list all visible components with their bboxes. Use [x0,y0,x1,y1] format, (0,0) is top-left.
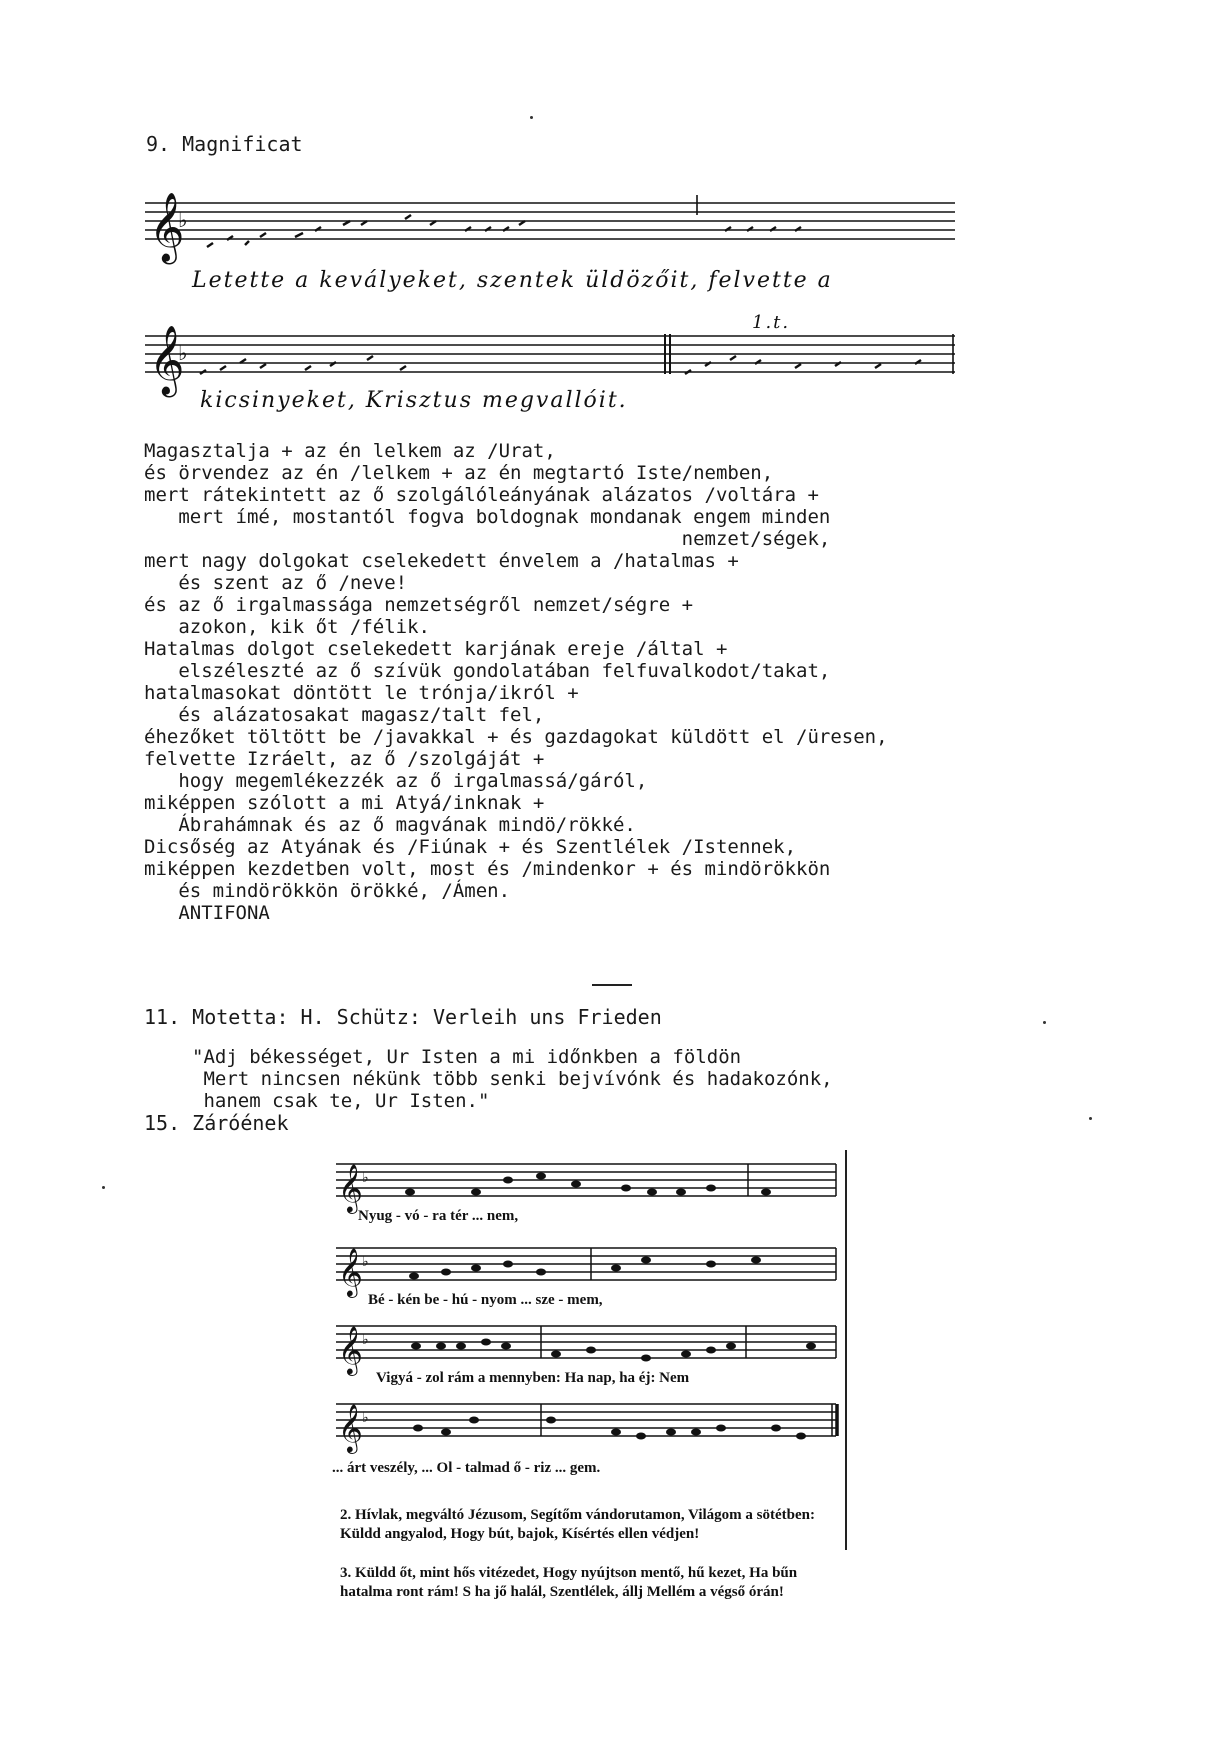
svg-text:♭: ♭ [362,1171,369,1186]
antiphon-lyric-line-2: kicsinyeket, Krisztus megvallóit. [200,388,628,413]
svg-text:𝄞: 𝄞 [338,1163,363,1214]
text-line: és az ő irgalmassága nemzetségről nemzet… [144,594,888,616]
hymn-verse-2: 2. Hívlak, megváltó Jézusom, Segítőm ván… [340,1506,840,1544]
svg-text:𝄞: 𝄞 [338,1325,363,1376]
section-divider [592,984,632,986]
text-line: mert nagy dolgokat cselekedett énvelem a… [144,550,888,572]
svg-text:♭: ♭ [178,208,187,232]
text-line: azokon, kik őt /félik. [144,616,888,638]
svg-text:𝄞: 𝄞 [338,1247,363,1298]
section-heading-zaroenek: 15. Záróének [144,1112,289,1134]
text-line: miképpen szólott a mi Atyá/inknak + [144,792,888,814]
hymn-lyric-line-3: Vigyá - zol rám a mennyben: Ha nap, ha é… [376,1370,689,1387]
scan-speck [530,116,533,119]
hymn-staff-2: 𝄞 ♭ [336,1240,846,1290]
magnificat-text: Magasztalja + az én lelkem az /Urat, és … [144,440,888,924]
text-line: és szent az ő /neve! [144,572,888,594]
music-staff-2: 𝄞 ♭ [145,330,955,390]
text-line: mert rátekintett az ő szolgálóleányának … [144,484,888,506]
text-line: Magasztalja + az én lelkem az /Urat, [144,440,888,462]
svg-text:♭: ♭ [362,1333,369,1348]
text-line: és alázatosakat magasz/talt fel, [144,704,888,726]
text-line: "Adj békességet, Ur Isten a mi időnkben … [192,1046,833,1068]
hymn-lyric-line-1: Nyug - vó - ra tér ... nem, [358,1208,518,1225]
svg-text:♭: ♭ [178,341,187,365]
hymn-lyric-line-4: ... árt veszély, ... Ol - talmad ő - riz… [332,1460,600,1477]
scan-speck [1089,1117,1092,1120]
motetta-text: "Adj békességet, Ur Isten a mi időnkben … [192,1046,833,1112]
text-line: ANTIFONA [144,902,888,924]
hymn-staff-1: 𝄞 ♭ [336,1156,846,1206]
text-line: miképpen kezdetben volt, most és /minden… [144,858,888,880]
text-line: hatalmasokat döntött le trónja/ikról + [144,682,888,704]
hymn-score: 𝄞 ♭ Nyug - vó - ra tér ... nem, 𝄞 ♭ Bé -… [328,1140,848,1600]
svg-text:♭: ♭ [362,1411,369,1426]
hymn-staff-3: 𝄞 ♭ [336,1318,846,1368]
hymn-lyric-line-2: Bé - kén be - hú - nyom ... sze - mem, [368,1292,603,1309]
text-line: Hatalmas dolgot cselekedett karjának ere… [144,638,888,660]
text-line: hanem csak te, Ur Isten." [192,1090,833,1112]
text-line: hogy megemlékezzék az ő irgalmassá/gáról… [144,770,888,792]
text-line: Dicsőség az Atyának és /Fiúnak + és Szen… [144,836,888,858]
music-staff-1: 𝄞 ♭ [145,195,955,265]
section-heading-motetta: 11. Motetta: H. Schütz: Verleih uns Frie… [144,1006,662,1028]
text-line: és mindörökkön örökké, /Ámen. [144,880,888,902]
text-line: felvette Izráelt, az ő /szolgáját + [144,748,888,770]
text-line: éhezőket töltött be /javakkal + és gazda… [144,726,888,748]
text-line: Ábrahámnak és az ő magvának mindö/rökké. [144,814,888,836]
svg-text:𝄞: 𝄞 [338,1403,363,1454]
text-line: nemzet/ségek, [144,528,888,550]
scan-edge-line [845,1150,847,1550]
text-line: Mert nincsen nékünk több senki bejvívónk… [192,1068,833,1090]
section-heading-magnificat: 9. Magnificat [146,133,303,155]
hymn-staff-4: 𝄞 ♭ [336,1396,846,1456]
scan-speck [1043,1021,1046,1024]
scan-speck [102,1186,105,1189]
hymn-verse-3: 3. Küldd őt, mint hős vitézedet, Hogy ny… [340,1564,840,1602]
text-line: és örvendez az én /lelkem + az én megtar… [144,462,888,484]
svg-text:♭: ♭ [362,1255,369,1270]
text-line: elszéleszté az ő szívük gondolatában fel… [144,660,888,682]
text-line: mert ímé, mostantól fogva boldognak mond… [144,506,888,528]
antiphon-lyric-line-1: Letette a kevályeket, szentek üldözőit, … [192,268,833,293]
